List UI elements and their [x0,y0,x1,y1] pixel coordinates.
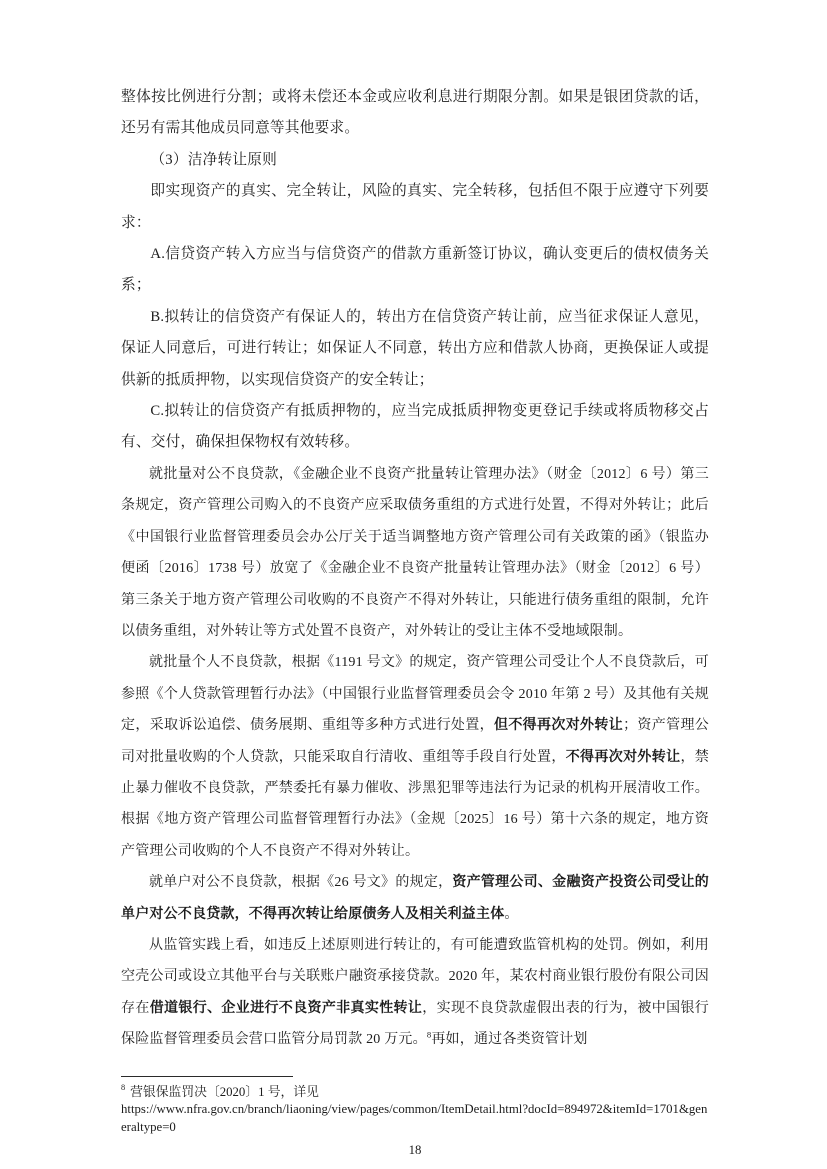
page-number: 18 [121,1142,709,1158]
text-run: 。 [504,907,518,922]
body-paragraph: 就批量个人不良贷款，根据《1191 号文》的规定，资产管理公司受让个人不良贷款后… [121,647,709,867]
document-page: 整体按比例进行分割；或将未偿还本金或应收利息进行期限分割。如果是银团贷款的话，还… [0,0,827,1169]
body-paragraph: 就批量对公不良贷款，《金融企业不良资产批量转让管理办法》（财金〔2012〕6 号… [121,459,709,647]
footnote-text: 营银保监罚决〔2020〕1 号，详见 [130,1085,319,1099]
footnote-separator [121,1076,293,1077]
text-run: C.拟转让的信贷资产有抵质押物的，应当完成抵质押物变更登记手续或将质物移交占有、… [121,403,709,450]
body-paragraph: （3）洁净转让原则 [121,145,709,176]
footnote-marker: 8 [121,1083,125,1092]
text-run: B.拟转让的信贷资产有保证人的，转出方在信贷资产转让前，应当征求保证人意见，保证… [121,309,709,388]
text-run: A.信贷资产转入方应当与信贷资产的借款方重新签订协议，确认变更后的债权债务关系； [121,246,709,293]
body-paragraph: 整体按比例进行分割；或将未偿还本金或应收利息进行期限分割。如果是银团贷款的话，还… [121,82,709,145]
footnote: 8营银保监罚决〔2020〕1 号，详见 [121,1084,709,1102]
bold-text-run: 但不得再次对外转让 [494,718,623,733]
text-run: 就批量对公不良贷款，《金融企业不良资产批量转让管理办法》（财金〔2012〕6 号… [121,467,709,639]
bold-text-run: 不得再次对外转让 [566,750,681,765]
body-paragraph: 就单户对公不良贷款，根据《26 号文》的规定，资产管理公司、金融资产投资公司受让… [121,867,709,930]
text-run: 即实现资产的真实、完全转让，风险的真实、完全转移，包括但不限于应遵守下列要求： [121,183,709,230]
text-run: 就单户对公不良贷款，根据《26 号文》的规定， [149,875,452,890]
text-run: 整体按比例进行分割；或将未偿还本金或应收利息进行期限分割。如果是银团贷款的话，还… [121,89,709,136]
body-paragraph: A.信贷资产转入方应当与信贷资产的借款方重新签订协议，确认变更后的债权债务关系； [121,239,709,302]
page-footer: 8营银保监罚决〔2020〕1 号，详见 https://www.nfra.gov… [0,1056,827,1159]
text-run: 再如，通过各类资管计划 [431,1032,587,1047]
bold-text-run: 借道银行、企业进行不良资产非真实性转让 [150,1001,423,1016]
body-paragraph: 从监管实践上看，如违反上述原则进行转让的，有可能遭致监管机构的处罚。例如，利用空… [121,930,709,1056]
body-paragraph: C.拟转让的信贷资产有抵质押物的，应当完成抵质押物变更登记手续或将质物移交占有、… [121,396,709,459]
text-run: ，禁止暴力催收不良贷款，严禁委托有暴力催收、涉黑犯罪等违法行为记录的机构开展清收… [121,750,709,859]
footnote-url: https://www.nfra.gov.cn/branch/liaoning/… [121,1101,709,1136]
page-body: 整体按比例进行分割；或将未偿还本金或应收利息进行期限分割。如果是银团贷款的话，还… [0,0,827,1056]
section-heading: （3）洁净转让原则 [150,152,277,168]
body-paragraph: B.拟转让的信贷资产有保证人的，转出方在信贷资产转让前，应当征求保证人意见，保证… [121,302,709,396]
body-paragraph: 即实现资产的真实、完全转让，风险的真实、完全转移，包括但不限于应遵守下列要求： [121,176,709,239]
